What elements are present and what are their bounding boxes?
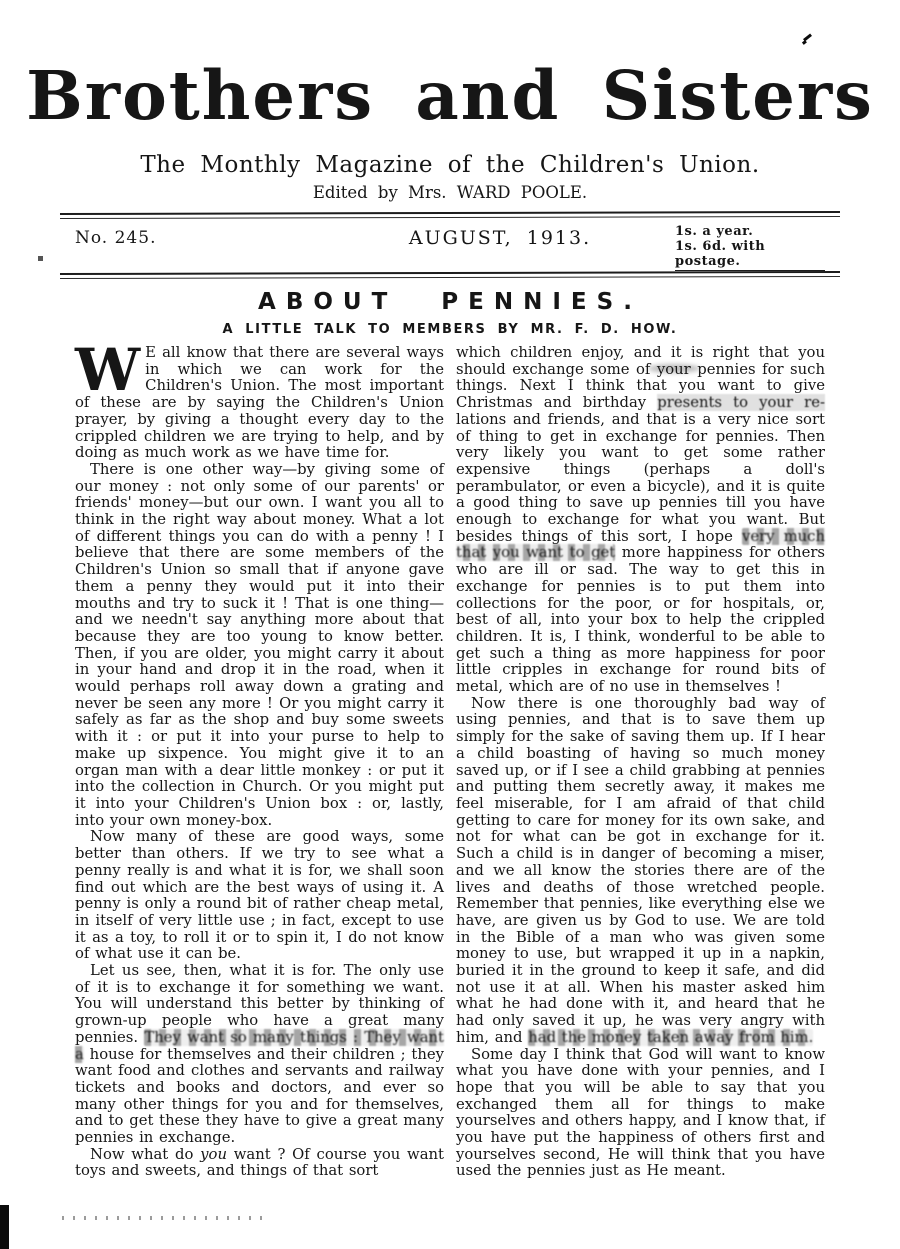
paragraph: There is one other way—by giving some of… [75,462,444,829]
article-title: ABOUT PENNIES. [0,289,900,315]
text-segment-smudge: had the money taken away from him. [528,1029,813,1046]
text-segment: house for themselves and their children … [75,1046,444,1147]
price-line-2: 1s. 6d. with postage. [675,239,825,271]
magazine-subtitle: The Monthly Magazine of the Children's U… [0,152,900,178]
issue-bar: No. 245. AUGUST, 1913. 1s. a year. 1s. 6… [75,224,825,271]
paragraph: Now there is one thoroughly bad way of u… [456,696,825,1047]
double-rule-bottom [60,271,840,279]
issue-date: AUGUST, 1913. [325,224,675,249]
magazine-title: Brothers and Sisters [0,60,900,132]
magazine-page: Brothers and Sisters The Monthly Magazin… [0,0,900,1249]
text-segment-smudge-light: presents to your re- [657,394,825,411]
paragraph: Let us see, then, what it is for. The on… [75,963,444,1147]
text-segment: Now many of these are good ways, some be… [75,828,444,962]
text-segment-italic: you [200,1146,227,1163]
price-block: 1s. a year. 1s. 6d. with postage. [675,224,825,271]
ink-dot-mark [38,256,43,261]
paragraph: WE all know that there are several ways … [75,345,444,462]
paragraph: Now what do you want ? Of course you wan… [75,1147,444,1180]
text-segment: Now what do [90,1146,200,1163]
ink-tick-mark [803,34,812,42]
paragraph: Now many of these are good ways, some be… [75,829,444,963]
dropcap-initial: W [75,345,145,394]
text-segment: There is one other way—by giving some of… [75,461,444,829]
text-segment: more happiness for others who are ill or… [456,544,825,695]
right-column: which children enjoy, and it is right th… [456,345,825,1180]
scan-edge-bar [0,1205,9,1249]
article-body: WE all know that there are several ways … [75,345,825,1180]
ink-smudge-blob [648,364,700,373]
masthead: Brothers and Sisters The Monthly Magazin… [0,60,900,203]
text-segment: lations and friends, and that is a very … [456,411,825,545]
paragraph: which children enjoy, and it is right th… [456,345,825,696]
issue-number: No. 245. [75,224,325,248]
text-segment: Now there is one thoroughly bad way of u… [456,695,825,1046]
scan-noise-dots [62,1216,267,1220]
article-byline: A LITTLE TALK TO MEMBERS BY MR. F. D. HO… [0,322,900,337]
text-segment: Some day I think that God will want to k… [456,1046,825,1180]
paragraph: Some day I think that God will want to k… [456,1047,825,1181]
price-line-1: 1s. a year. [675,224,825,239]
left-column: WE all know that there are several ways … [75,345,444,1180]
edited-by-line: Edited by Mrs. WARD POOLE. [0,183,900,203]
double-rule-top [60,211,840,219]
